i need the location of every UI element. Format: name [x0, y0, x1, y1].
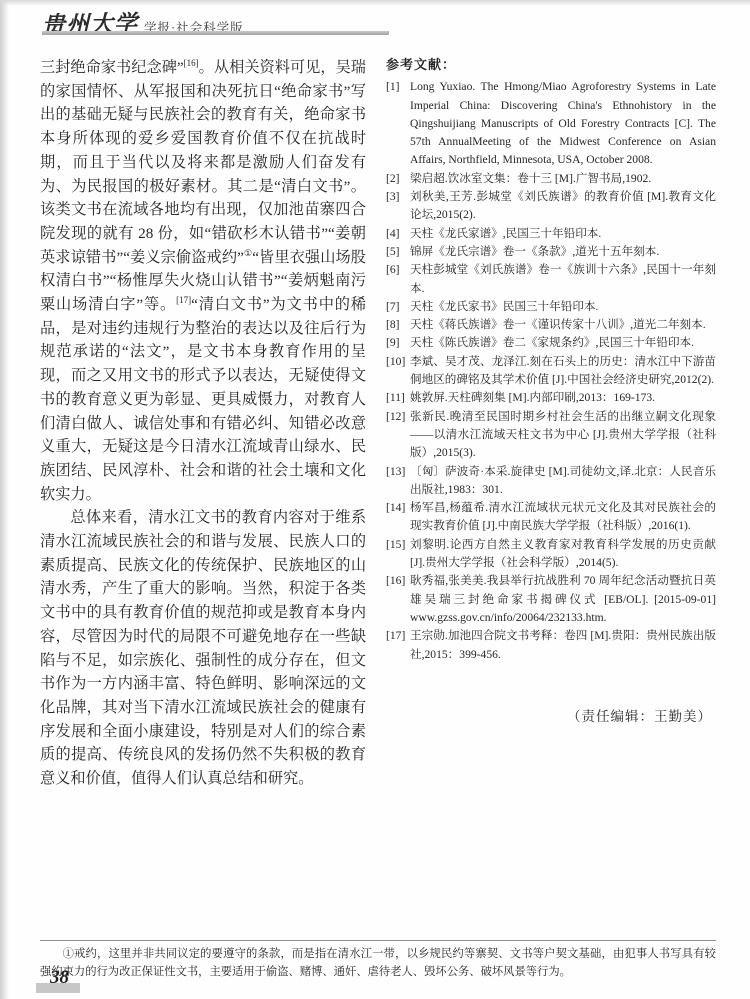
reference-item: [11] 姚敦屏.天柱碑刻集 [M].内部印刷,2013：169-173. — [386, 389, 716, 407]
reference-label: [13] — [386, 463, 410, 500]
reference-label: [6] — [386, 261, 410, 298]
reference-text: 锦屏《龙氏宗谱》卷一《条款》,道光十五年刻本. — [410, 243, 716, 261]
reference-item: [3] 刘秋美,王芳.彭城堂《刘氏族谱》的教育价值 [M].教育文化论坛,201… — [386, 188, 716, 225]
reference-label: [7] — [386, 298, 410, 316]
reference-label: [16] — [386, 572, 410, 627]
reference-item: [4] 天柱《龙氏家谱》,民国三十年铅印本. — [386, 225, 716, 243]
scan-edge-left — [0, 0, 9, 999]
reference-text: 耿秀福,张美美.我县举行抗战胜利 70 周年纪念活动暨抗日英雄吴瑞三封绝命家书揭… — [410, 572, 716, 627]
reference-label: [17] — [386, 627, 410, 664]
article-left-column: 三封绝命家书纪念碑”[16]。从相关资料可见，吴瑞的家国情怀、从军报国和决死抗日… — [40, 56, 366, 791]
reference-text: Long Yuxiao. The Hmong/Miao Agroforestry… — [410, 78, 716, 169]
reference-item: [1] Long Yuxiao. The Hmong/Miao Agrofore… — [386, 78, 716, 169]
reference-item: [15] 刘黎明.论西方自然主义教育家对教育科学发展的历史贡献 [J].贵州大学… — [386, 536, 716, 573]
reference-item: [10] 李斌、吴才茂、龙泽江.刻在石头上的历史：清水江中下游苗侗地区的碑铭及其… — [386, 353, 716, 390]
reference-label: [4] — [386, 225, 410, 243]
journal-page: 贵州大学学报·社会科学版 三封绝命家书纪念碑”[16]。从相关资料可见，吴瑞的家… — [0, 0, 750, 999]
citation-marker: [16] — [184, 58, 199, 68]
reference-item: [2] 梁启超.饮冰室文集：卷十三 [M].广智书局,1902. — [386, 170, 716, 188]
editor-note: （责任编辑：王勤美） — [386, 708, 716, 726]
article-paragraph-2: 总体来看，清水江文书的教育内容对于维系清水江流域民族社会的和谐与发展、民族人口的… — [40, 506, 366, 790]
reference-label: [12] — [386, 408, 410, 463]
reference-item: [16] 耿秀福,张美美.我县举行抗战胜利 70 周年纪念活动暨抗日英雄吴瑞三封… — [386, 572, 716, 627]
reference-text: 梁启超.饮冰室文集：卷十三 [M].广智书局,1902. — [410, 170, 716, 188]
citation-marker: [17] — [176, 295, 191, 305]
reference-item: [5] 锦屏《龙氏宗谱》卷一《条款》,道光十五年刻本. — [386, 243, 716, 261]
reference-item: [12] 张新民.晚清至民国时期乡村社会生活的出继立嗣文化现象——以清水江流域天… — [386, 408, 716, 463]
reference-item: [14] 杨军昌,杨蕴希.清水江流域状元状元文化及其对民族社会的现实教育价值 [… — [386, 499, 716, 536]
footnote-paragraph: ①戒约，这里并非共同议定的要遵守的条款，而是指在清水江一带，以乡规民约等寨契、文… — [40, 946, 716, 981]
footnote-divider — [40, 940, 716, 941]
reference-text: 天柱《蒋氏族谱》卷一《谨识传家十八训》,道光二年刻本. — [410, 316, 716, 334]
reference-label: [3] — [386, 188, 410, 225]
reference-text: 李斌、吴才茂、龙泽江.刻在石头上的历史：清水江中下游苗侗地区的碑铭及其学术价值 … — [410, 353, 716, 390]
reference-label: [14] — [386, 499, 410, 536]
reference-item: [8] 天柱《蒋氏族谱》卷一《谨识传家十八训》,道光二年刻本. — [386, 316, 716, 334]
footnote-marker: ① — [63, 948, 74, 960]
reference-label: [15] — [386, 536, 410, 573]
reference-text: 天柱彭城堂《刘氏族谱》卷一《族训十六条》,民国十一年刻本. — [410, 261, 716, 298]
reference-item: [7] 天柱《龙氏家书》民国三十年铅印本. — [386, 298, 716, 316]
reference-label: [2] — [386, 170, 410, 188]
reference-text: 天柱《陈氏族谱》卷二《家规条约》,民国三十年铅印本. — [410, 334, 716, 352]
reference-label: [11] — [386, 389, 410, 407]
reference-label: [1] — [386, 78, 410, 169]
reference-text: 姚敦屏.天柱碑刻集 [M].内部印刷,2013：169-173. — [410, 389, 716, 407]
reference-item: [9] 天柱《陈氏族谱》卷二《家规条约》,民国三十年铅印本. — [386, 334, 716, 352]
reference-text: 天柱《龙氏家谱》,民国三十年铅印本. — [410, 225, 716, 243]
paragraph-text: 三封绝命家书纪念碑” — [40, 59, 184, 76]
reference-text: 张新民.晚清至民国时期乡村社会生活的出继立嗣文化现象——以清水江流域天柱文书为中… — [410, 408, 716, 463]
footnote-text: 戒约，这里并非共同议定的要遵守的条款，而是指在清水江一带，以乡规民约等寨契、文书… — [40, 948, 716, 978]
article-paragraph-1: 三封绝命家书纪念碑”[16]。从相关资料可见，吴瑞的家国情怀、从军报国和决死抗日… — [40, 56, 366, 506]
reference-text: 〔匈〕萨波奇·本采.旋律史 [M].司徒幼文,译.北京：人民音乐出版社,1983… — [410, 463, 716, 500]
reference-label: [9] — [386, 334, 410, 352]
reference-text: 天柱《龙氏家书》民国三十年铅印本. — [410, 298, 716, 316]
reference-label: [5] — [386, 243, 410, 261]
reference-text: 杨军昌,杨蕴希.清水江流域状元状元文化及其对民族社会的现实教育价值 [J].中南… — [410, 499, 716, 536]
reference-text: 刘秋美,王芳.彭城堂《刘氏族谱》的教育价值 [M].教育文化论坛,2015(2)… — [410, 188, 716, 225]
paragraph-text: “清白文书”为文书中的稀品，是对违约违规行为整治的表达以及往后行为规范承诺的“法… — [40, 296, 366, 503]
footnote-marker-inline: ① — [244, 248, 252, 258]
header-rule — [42, 31, 389, 35]
footnote: ①戒约，这里并非共同议定的要遵守的条款，而是指在清水江一带，以乡规民约等寨契、文… — [40, 946, 716, 981]
page-number: 38 — [50, 967, 69, 989]
reference-text: 王宗勋.加池四合院文书考释：卷四 [M].贵阳：贵州民族出版社,2015：399… — [410, 627, 716, 664]
reference-item: [17] 王宗勋.加池四合院文书考释：卷四 [M].贵阳：贵州民族出版社,201… — [386, 627, 716, 664]
reference-item: [6] 天柱彭城堂《刘氏族谱》卷一《族训十六条》,民国十一年刻本. — [386, 261, 716, 298]
reference-item: [13] 〔匈〕萨波奇·本采.旋律史 [M].司徒幼文,译.北京：人民音乐出版社… — [386, 463, 716, 500]
references-heading: 参考文献： — [386, 56, 716, 74]
paragraph-text: 。从相关资料可见，吴瑞的家国情怀、从军报国和决死抗日“绝命家书”写出的基础无疑与… — [40, 59, 366, 266]
reference-label: [10] — [386, 353, 410, 390]
reference-text: 刘黎明.论西方自然主义教育家对教育科学发展的历史贡献 [J].贵州大学学报（社会… — [410, 536, 716, 573]
reference-label: [8] — [386, 316, 410, 334]
references-column: 参考文献： [1] Long Yuxiao. The Hmong/Miao Ag… — [386, 56, 716, 740]
